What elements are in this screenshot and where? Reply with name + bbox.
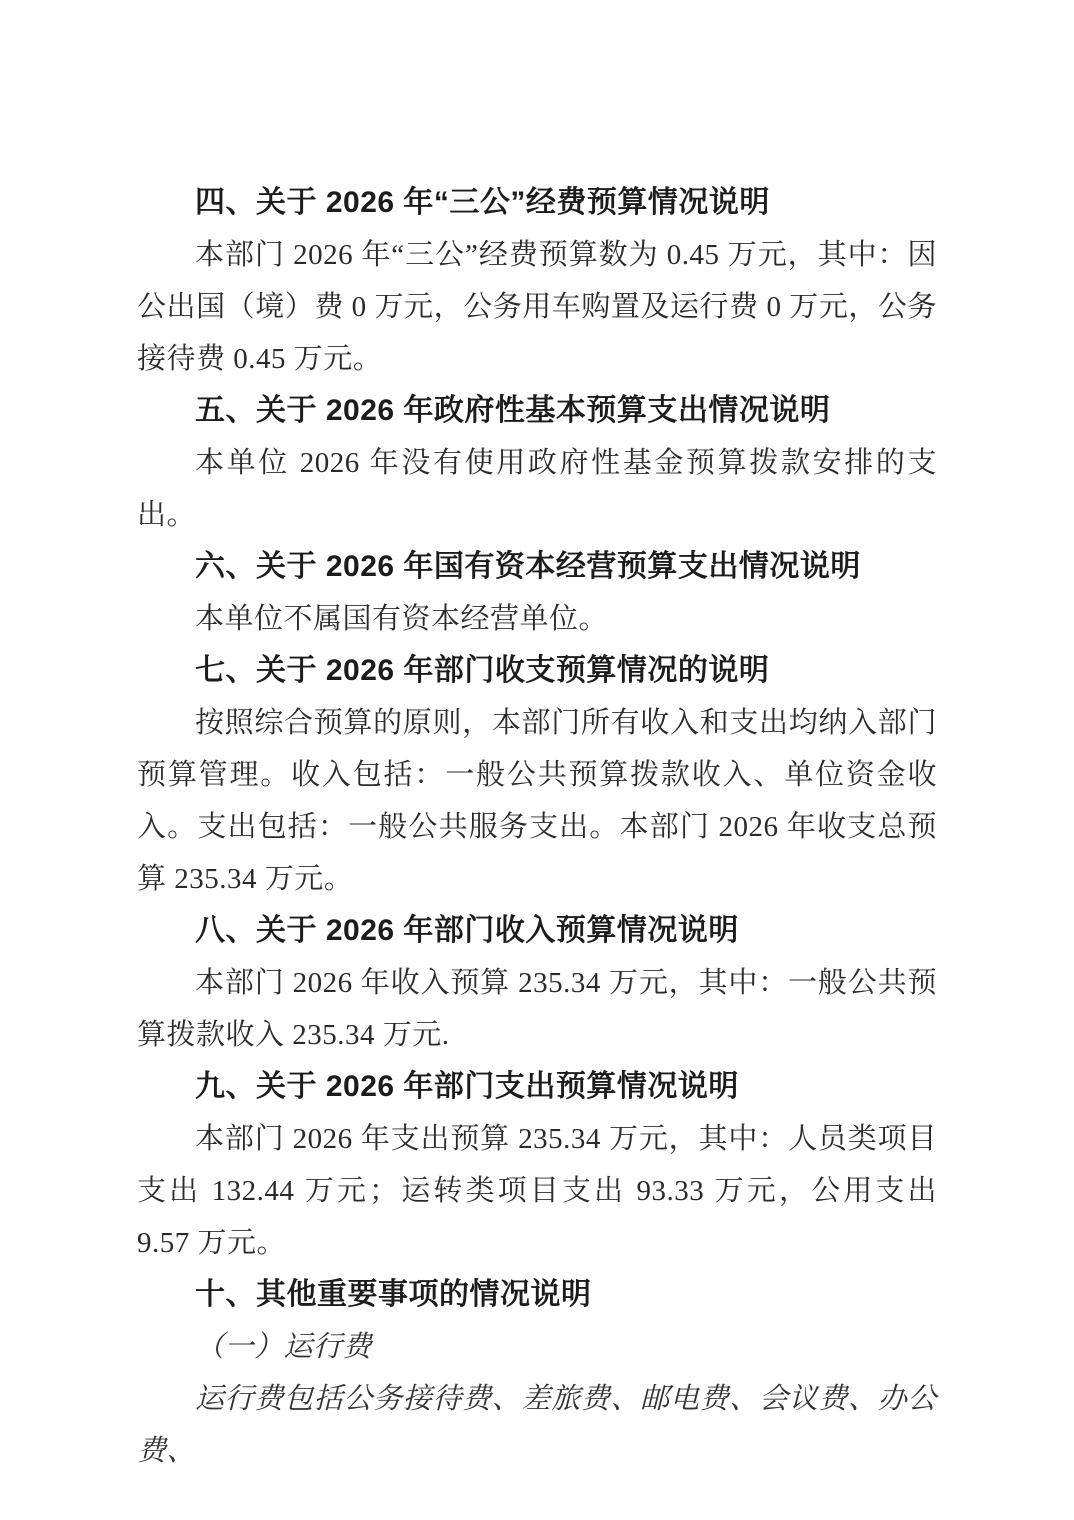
section-expenditure-budget: 九、关于 2026 年部门支出预算情况说明 本部门 2026 年支出预算 235… (137, 1061, 937, 1269)
section-subheading: （一）运行费 (137, 1321, 937, 1373)
section-revenue-budget: 八、关于 2026 年部门收入预算情况说明 本部门 2026 年收入预算 235… (137, 905, 937, 1061)
section-revenue-expenditure-budget: 七、关于 2026 年部门收支预算情况的说明 按照综合预算的原则，本部门所有收入… (137, 645, 937, 905)
section-heading: 四、关于 2026 年“三公”经费预算情况说明 (137, 177, 937, 229)
section-paragraph: 按照综合预算的原则，本部门所有收入和支出均纳入部门预算管理。收入包括：一般公共预… (137, 697, 937, 905)
document-body: 四、关于 2026 年“三公”经费预算情况说明 本部门 2026 年“三公”经费… (137, 177, 937, 1477)
section-paragraph: 本部门 2026 年“三公”经费预算数为 0.45 万元，其中：因公出国（境）费… (137, 229, 937, 385)
section-other-important-matters: 十、其他重要事项的情况说明 （一）运行费 运行费包括公务接待费、差旅费、邮电费、… (137, 1269, 937, 1477)
section-heading: 九、关于 2026 年部门支出预算情况说明 (137, 1061, 937, 1113)
section-heading: 五、关于 2026 年政府性基本预算支出情况说明 (137, 385, 937, 437)
section-heading: 六、关于 2026 年国有资本经营预算支出情况说明 (137, 541, 937, 593)
section-paragraph: 本单位不属国有资本经营单位。 (137, 593, 937, 645)
section-governmental-basic-budget: 五、关于 2026 年政府性基本预算支出情况说明 本单位 2026 年没有使用政… (137, 385, 937, 541)
section-paragraph: 本部门 2026 年支出预算 235.34 万元，其中：人员类项目支出 132.… (137, 1113, 937, 1269)
section-paragraph: 本部门 2026 年收入预算 235.34 万元，其中：一般公共预算拨款收入 2… (137, 957, 937, 1061)
section-paragraph: 运行费包括公务接待费、差旅费、邮电费、会议费、办公费、 (137, 1373, 937, 1477)
section-heading: 十、其他重要事项的情况说明 (137, 1269, 937, 1321)
section-heading: 七、关于 2026 年部门收支预算情况的说明 (137, 645, 937, 697)
section-heading: 八、关于 2026 年部门收入预算情况说明 (137, 905, 937, 957)
document-page: 四、关于 2026 年“三公”经费预算情况说明 本部门 2026 年“三公”经费… (0, 0, 1074, 1520)
section-three-public-funds: 四、关于 2026 年“三公”经费预算情况说明 本部门 2026 年“三公”经费… (137, 177, 937, 385)
section-paragraph: 本单位 2026 年没有使用政府性基金预算拨款安排的支出。 (137, 437, 937, 541)
section-state-capital-budget: 六、关于 2026 年国有资本经营预算支出情况说明 本单位不属国有资本经营单位。 (137, 541, 937, 645)
